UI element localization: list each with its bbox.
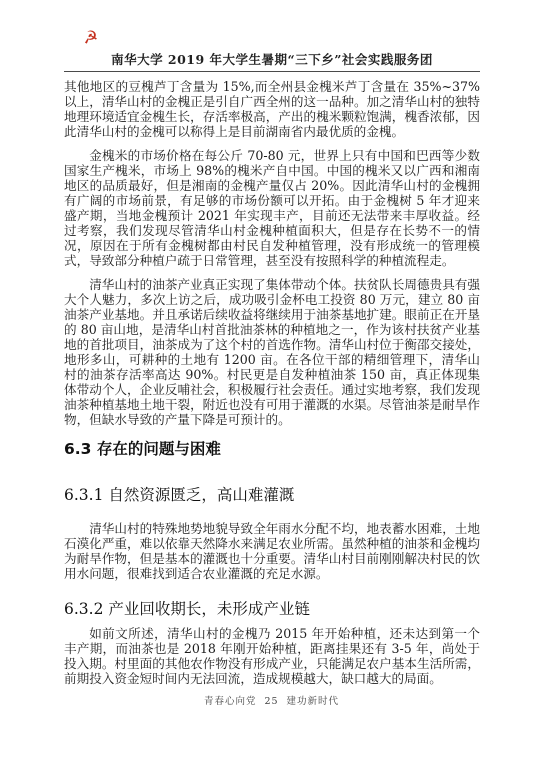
body-paragraph-5: 如前文所述，清华山村的金槐乃 2015 年开始种植，还未达到第一个丰产期，而油茶… — [64, 626, 480, 686]
page-header: ☭ 南华大学 2019 年大学生暑期“三下乡”社会实践服务团 — [64, 28, 480, 72]
content-area: ☭ 南华大学 2019 年大学生暑期“三下乡”社会实践服务团 其他地区的豆槐芦丁… — [64, 28, 480, 686]
header-title: 南华大学 2019 年大学生暑期“三下乡”社会实践服务团 — [64, 50, 480, 68]
footer-slogan-left: 青春心向党 — [204, 696, 257, 707]
subsection-heading-6-3-1: 6.3.1 自然资源匮乏，高山难灌溉 — [64, 485, 480, 505]
body-paragraph-4: 清华山村的特殊地势地貌导致全年雨水分配不均，地表蓄水困难，土地石漠化严重，难以依… — [64, 521, 480, 581]
section-heading-6-3: 6.3 存在的问题与困难 — [64, 439, 480, 459]
body-paragraph-2: 金槐米的市场价格在每公斤 70-80 元，世界上只有中国和巴西等少数国家生产槐米… — [64, 148, 480, 268]
subsection-heading-6-3-2: 6.3.2 产业回收期长，未形成产业链 — [64, 599, 480, 619]
party-emblem-icon: ☭ — [82, 29, 99, 48]
page-number: 25 — [264, 696, 278, 707]
document-body: 其他地区的豆槐芦丁含量为 15%,而全州县金槐米芦丁含量在 35%~37%以上，… — [64, 79, 480, 686]
page-footer: 青春心向党25建功新时代 — [0, 693, 543, 707]
document-page: ☭ 南华大学 2019 年大学生暑期“三下乡”社会实践服务团 其他地区的豆槐芦丁… — [0, 0, 543, 768]
footer-slogan-right: 建功新时代 — [287, 696, 340, 707]
body-paragraph-1: 其他地区的豆槐芦丁含量为 15%,而全州县金槐米芦丁含量在 35%~37%以上，… — [64, 79, 480, 139]
body-paragraph-3: 清华山村的油茶产业真正实现了集体带动个体。扶贫队长周德贵具有强大个人魅力，多次上… — [64, 277, 480, 427]
